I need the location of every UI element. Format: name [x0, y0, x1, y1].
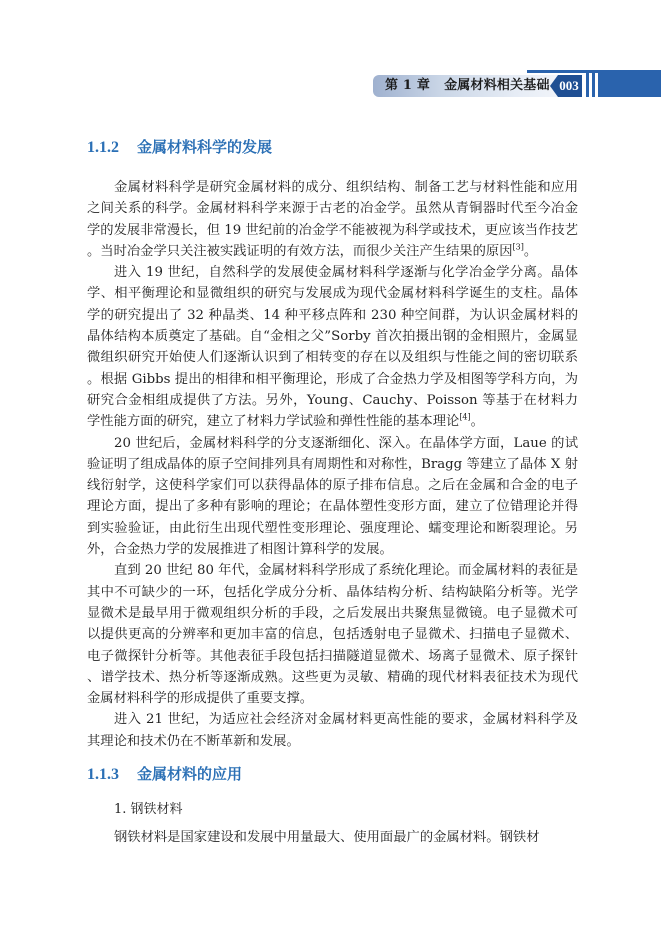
- paragraph-text: 进入 19 世纪，自然科学的发展使金属材料科学逐渐与化学冶金学分离。晶体学、相平…: [87, 265, 578, 429]
- chapter-number: 第 1 章: [385, 78, 430, 93]
- section-number: 1.1.2: [87, 138, 137, 158]
- header-stripe: [592, 73, 595, 97]
- citation: [4]: [459, 413, 470, 422]
- paragraph-text: 直到 20 世纪 80 年代，金属材料科学形成了系统化理论。而金属材料的表征是其…: [87, 563, 578, 706]
- paragraph: 金属材料科学是研究金属材料的成分、组织结构、制备工艺与材料性能和应用之间关系的科…: [87, 177, 578, 262]
- section-heading-1-1-3: 1.1.3金属材料的应用: [87, 764, 242, 785]
- header-stripe: [586, 73, 589, 97]
- paragraph: 直到 20 世纪 80 年代，金属材料科学形成了系统化理论。而金属材料的表征是其…: [87, 560, 578, 709]
- paragraph-text: 金属材料科学是研究金属材料的成分、组织结构、制备工艺与材料性能和应用之间关系的科…: [87, 180, 578, 259]
- paragraph: 进入 21 世纪，为适应社会经济对金属材料更高性能的要求，金属材料科学及其理论和…: [87, 709, 578, 752]
- paragraph-text: 进入 21 世纪，为适应社会经济对金属材料更高性能的要求，金属材料科学及其理论和…: [87, 712, 578, 748]
- chapter-label: 第 1 章金属材料相关基础: [385, 77, 550, 95]
- paragraph: 进入 19 世纪，自然科学的发展使金属材料科学逐渐与化学冶金学分离。晶体学、相平…: [87, 262, 578, 432]
- running-header: 第 1 章金属材料相关基础 003: [0, 0, 661, 110]
- subsection-label: 1. 钢铁材料: [114, 800, 183, 820]
- page-number: 003: [556, 77, 582, 95]
- header-blue-bar: [598, 73, 661, 97]
- section-number: 1.1.3: [87, 765, 137, 785]
- section-heading-1-1-2: 1.1.2金属材料科学的发展: [87, 137, 272, 158]
- section-body: 金属材料科学是研究金属材料的成分、组织结构、制备工艺与材料性能和应用之间关系的科…: [87, 177, 578, 752]
- chapter-title: 金属材料相关基础: [444, 78, 550, 93]
- paragraph-tail: 。: [524, 244, 537, 259]
- paragraph-tail: 。: [471, 414, 484, 429]
- subsection-first-line: 钢铁材料是国家建设和发展中用量最大、使用面最广的金属材料。钢铁材: [114, 827, 578, 848]
- citation: [3]: [513, 242, 524, 251]
- paragraph: 20 世纪后，金属材料科学的分支逐渐细化、深入。在晶体学方面，Laue 的试验证…: [87, 433, 578, 561]
- paragraph-text: 20 世纪后，金属材料科学的分支逐渐细化、深入。在晶体学方面，Laue 的试验证…: [87, 436, 578, 557]
- section-title: 金属材料的应用: [137, 765, 242, 783]
- section-title: 金属材料科学的发展: [137, 138, 272, 156]
